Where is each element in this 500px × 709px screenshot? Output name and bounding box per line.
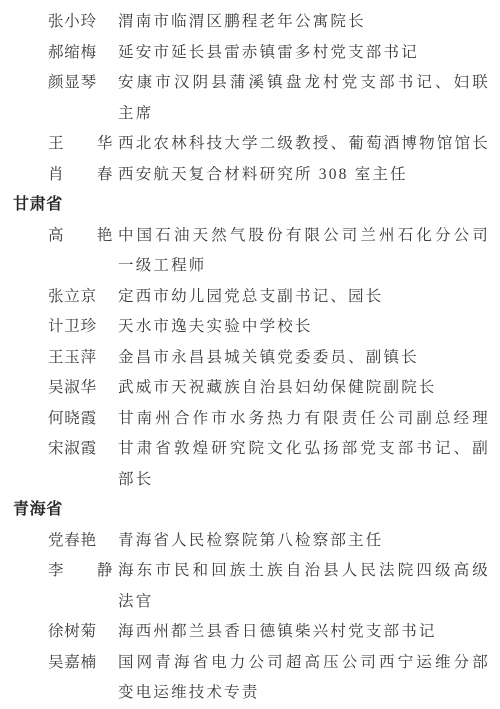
honoree-row: 张小玲 渭南市临渭区鹏程老年公寓院长 — [0, 7, 500, 38]
honoree-title-line: 主席 — [118, 99, 490, 130]
honoree-name: 王玉萍 — [48, 343, 118, 374]
honoree-name: 张小玲 — [48, 7, 118, 38]
province-section-header-gansu: 甘肃省 — [13, 190, 500, 221]
honoree-name: 王 华 — [48, 129, 118, 160]
honoree-title-line: 天水市逸夫实验中学校长 — [118, 312, 490, 343]
honoree-title-line: 变电运维技术专责 — [118, 678, 490, 709]
honoree-title: 中国石油天然气股份有限公司兰州石化分公司 一级工程师 — [118, 221, 490, 282]
honoree-name: 党春艳 — [48, 526, 118, 557]
honoree-title: 定西市幼儿园党总支副书记、园长 — [118, 282, 490, 313]
honoree-row: 李 静 海东市民和回族土族自治县人民法院四级高级 法官 — [0, 556, 500, 617]
honoree-title: 甘肃省敦煌研究院文化弘扬部党支部书记、副 部长 — [118, 434, 490, 495]
honoree-title: 海西州都兰县香日德镇柴兴村党支部书记 — [118, 617, 490, 648]
honoree-row: 吴嘉楠 国网青海省电力公司超高压公司西宁运维分部 变电运维技术专责 — [0, 648, 500, 709]
honoree-name: 郝缩梅 — [48, 38, 118, 69]
honoree-row: 徐树菊 海西州都兰县香日德镇柴兴村党支部书记 — [0, 617, 500, 648]
honoree-row: 吴淑华 武威市天祝藏族自治县妇幼保健院副院长 — [0, 373, 500, 404]
honoree-title-line: 一级工程师 — [118, 251, 490, 282]
honoree-title-line: 延安市延长县雷赤镇雷多村党支部书记 — [118, 38, 490, 69]
honoree-title-line: 甘肃省敦煌研究院文化弘扬部党支部书记、副 — [118, 434, 490, 465]
honoree-title-line: 甘南州合作市水务热力有限责任公司副总经理 — [118, 404, 490, 435]
honoree-title: 安康市汉阴县蒲溪镇盘龙村党支部书记、妇联 主席 — [118, 68, 490, 129]
honoree-title: 海东市民和回族土族自治县人民法院四级高级 法官 — [118, 556, 490, 617]
honoree-title: 青海省人民检察院第八检察部主任 — [118, 526, 490, 557]
honoree-name: 吴嘉楠 — [48, 648, 118, 679]
honoree-title: 西北农林科技大学二级教授、葡萄酒博物馆馆长 — [118, 129, 490, 160]
honoree-name: 何晓霞 — [48, 404, 118, 435]
honoree-row: 计卫珍 天水市逸夫实验中学校长 — [0, 312, 500, 343]
honoree-title-line: 部长 — [118, 465, 490, 496]
honoree-row: 张立京 定西市幼儿园党总支副书记、园长 — [0, 282, 500, 313]
honoree-name: 颜显琴 — [48, 68, 118, 99]
honoree-title: 国网青海省电力公司超高压公司西宁运维分部 变电运维技术专责 — [118, 648, 490, 709]
honoree-title-line: 安康市汉阴县蒲溪镇盘龙村党支部书记、妇联 — [118, 68, 490, 99]
honoree-row: 党春艳 青海省人民检察院第八检察部主任 — [0, 526, 500, 557]
honoree-title-line: 武威市天祝藏族自治县妇幼保健院副院长 — [118, 373, 490, 404]
honoree-title-line: 西安航天复合材料研究所 308 室主任 — [118, 160, 490, 191]
honoree-name: 宋淑霞 — [48, 434, 118, 465]
honoree-row: 何晓霞 甘南州合作市水务热力有限责任公司副总经理 — [0, 404, 500, 435]
honoree-title: 金昌市永昌县城关镇党委委员、副镇长 — [118, 343, 490, 374]
province-section-header-qinghai: 青海省 — [13, 495, 500, 526]
honoree-row: 肖 春 西安航天复合材料研究所 308 室主任 — [0, 160, 500, 191]
document-page: 张小玲 渭南市临渭区鹏程老年公寓院长 郝缩梅 延安市延长县雷赤镇雷多村党支部书记… — [0, 0, 500, 709]
honoree-name: 高 艳 — [48, 221, 118, 252]
honoree-title-line: 西北农林科技大学二级教授、葡萄酒博物馆馆长 — [118, 129, 490, 160]
honoree-title-line: 法官 — [118, 587, 490, 618]
honoree-title: 西安航天复合材料研究所 308 室主任 — [118, 160, 490, 191]
honoree-row: 颜显琴 安康市汉阴县蒲溪镇盘龙村党支部书记、妇联 主席 — [0, 68, 500, 129]
honoree-title: 天水市逸夫实验中学校长 — [118, 312, 490, 343]
honoree-title-line: 定西市幼儿园党总支副书记、园长 — [118, 282, 490, 313]
honoree-title: 延安市延长县雷赤镇雷多村党支部书记 — [118, 38, 490, 69]
honoree-row: 郝缩梅 延安市延长县雷赤镇雷多村党支部书记 — [0, 38, 500, 69]
honoree-title: 武威市天祝藏族自治县妇幼保健院副院长 — [118, 373, 490, 404]
honoree-name: 张立京 — [48, 282, 118, 313]
honoree-name: 吴淑华 — [48, 373, 118, 404]
honoree-title-line: 海东市民和回族土族自治县人民法院四级高级 — [118, 556, 490, 587]
honoree-title: 甘南州合作市水务热力有限责任公司副总经理 — [118, 404, 490, 435]
honoree-name: 计卫珍 — [48, 312, 118, 343]
honoree-name: 徐树菊 — [48, 617, 118, 648]
honoree-name: 李 静 — [48, 556, 118, 587]
honoree-row: 宋淑霞 甘肃省敦煌研究院文化弘扬部党支部书记、副 部长 — [0, 434, 500, 495]
honoree-title-line: 金昌市永昌县城关镇党委委员、副镇长 — [118, 343, 490, 374]
honoree-title-line: 青海省人民检察院第八检察部主任 — [118, 526, 490, 557]
honoree-title-line: 海西州都兰县香日德镇柴兴村党支部书记 — [118, 617, 490, 648]
honoree-title-line: 中国石油天然气股份有限公司兰州石化分公司 — [118, 221, 490, 252]
honoree-row: 高 艳 中国石油天然气股份有限公司兰州石化分公司 一级工程师 — [0, 221, 500, 282]
honoree-title: 渭南市临渭区鹏程老年公寓院长 — [118, 7, 490, 38]
honoree-title-line: 渭南市临渭区鹏程老年公寓院长 — [118, 7, 490, 38]
honoree-row: 王玉萍 金昌市永昌县城关镇党委委员、副镇长 — [0, 343, 500, 374]
honoree-row: 王 华 西北农林科技大学二级教授、葡萄酒博物馆馆长 — [0, 129, 500, 160]
honoree-name: 肖 春 — [48, 160, 118, 191]
honoree-title-line: 国网青海省电力公司超高压公司西宁运维分部 — [118, 648, 490, 679]
